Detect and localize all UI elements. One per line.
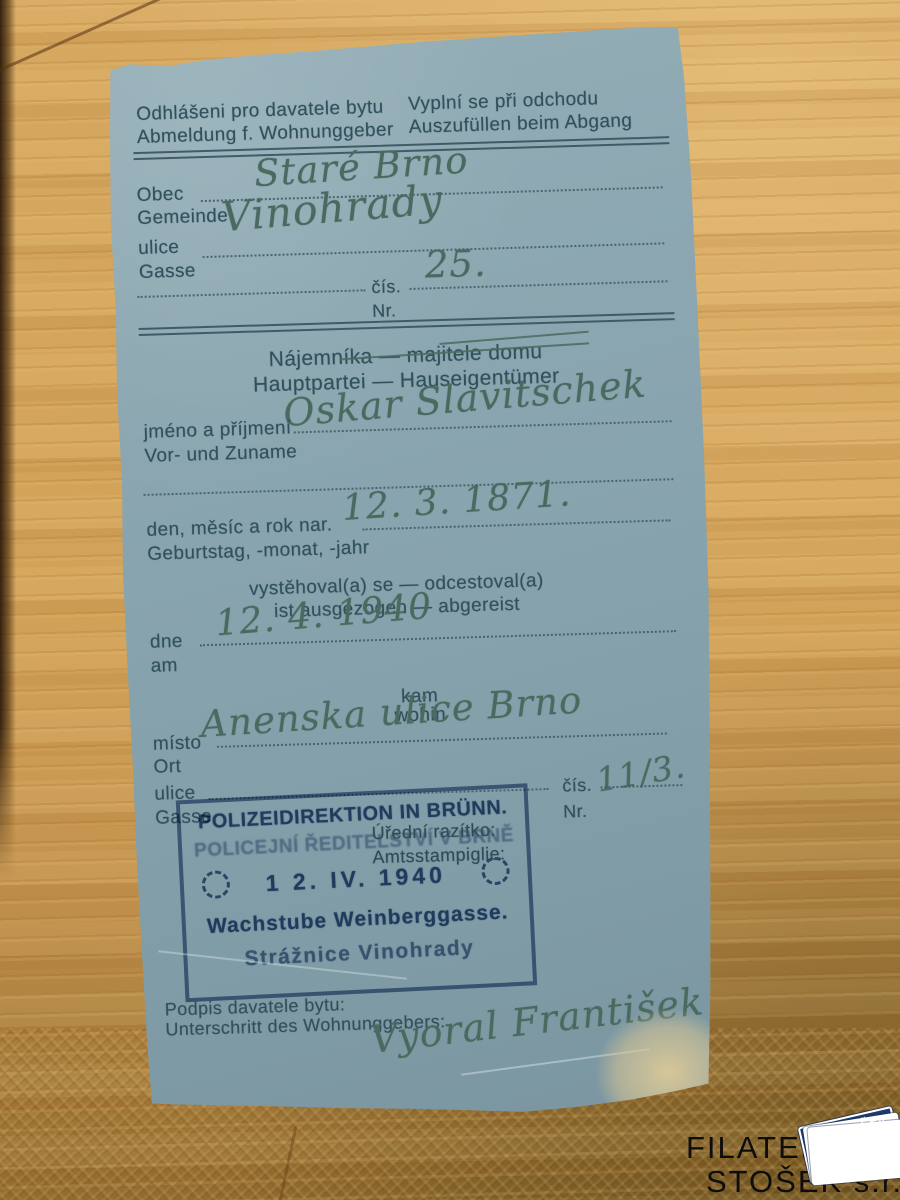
handwritten-district: Vinohrady bbox=[220, 175, 445, 241]
stamp-station-german: Wachstube Weinberggasse. bbox=[185, 899, 530, 940]
dotted-line bbox=[138, 289, 366, 298]
label-gemeinde: Gemeinde bbox=[137, 205, 228, 230]
label-nr-2: Nr. bbox=[563, 801, 588, 823]
label-gasse: Gasse bbox=[139, 260, 197, 284]
label-cis: čís. bbox=[371, 276, 401, 298]
label-cis-2: čís. bbox=[562, 775, 592, 797]
label-birth-czech: den, měsíc a rok nar. bbox=[146, 514, 332, 542]
label-am: am bbox=[150, 655, 178, 678]
handwritten-house-number-2: 11/3. bbox=[593, 746, 688, 800]
divider-rule bbox=[139, 312, 675, 336]
label-dne: dne bbox=[150, 631, 184, 654]
label-jmeno: jméno a příjmení bbox=[143, 418, 292, 444]
label-official-stamp-czech: Úřední razítko: bbox=[371, 820, 496, 845]
label-obec: Obec bbox=[136, 184, 184, 207]
deregistration-form-paper: Odhlášeni pro davatele bytu Vyplní se př… bbox=[100, 21, 724, 1124]
label-birth-german: Geburtstag, -monat, -jahr bbox=[147, 537, 370, 566]
label-nr: Nr. bbox=[372, 300, 397, 322]
handwritten-house-number: 25. bbox=[424, 242, 487, 287]
logo-100-text: 100 bbox=[811, 1140, 837, 1161]
handwritten-birthdate: 12. 3. 1871. bbox=[341, 473, 573, 529]
label-official-stamp-german: Amtsstampiglie: bbox=[372, 843, 506, 868]
label-vorname: Vor- und Zuname bbox=[144, 441, 297, 468]
logo-sek-text: ŠEK bbox=[859, 1111, 888, 1131]
police-rubber-stamp: POLIZEIDIREKTION IN BRÜNN. POLICEJNÍ ŘED… bbox=[176, 783, 537, 1002]
label-misto: místo bbox=[153, 732, 202, 755]
table-edge-shadow bbox=[0, 0, 16, 880]
label-ort: Ort bbox=[153, 756, 181, 779]
label-ulice: ulice bbox=[138, 237, 180, 260]
stamp-station-czech: Strážnice Vinohrady bbox=[187, 933, 532, 974]
